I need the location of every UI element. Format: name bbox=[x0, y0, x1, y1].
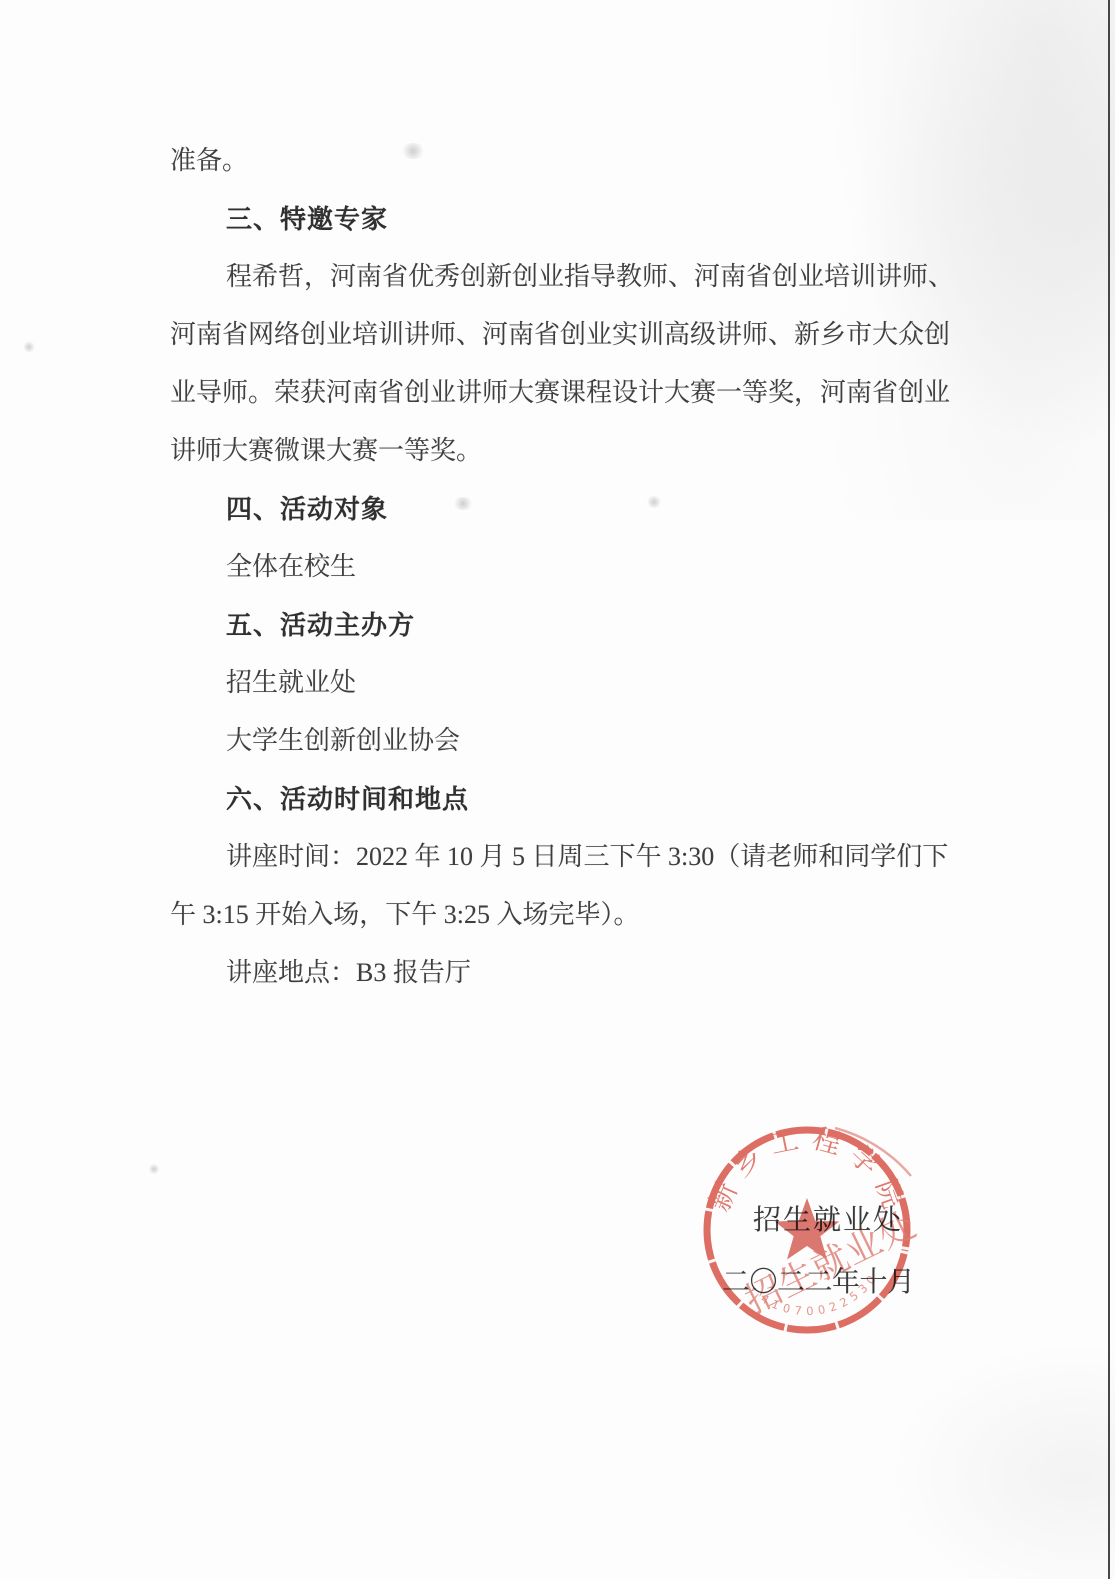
page-edge-line bbox=[1108, 0, 1110, 1579]
section-heading-5: 五、活动主办方 bbox=[170, 596, 960, 654]
section-heading-6: 六、活动时间和地点 bbox=[170, 770, 960, 828]
section-heading-3: 三、特邀专家 bbox=[170, 190, 960, 248]
scan-noise-bottom-right bbox=[855, 1319, 1115, 1579]
doc-line: 招生就业处 bbox=[170, 654, 960, 712]
doc-line: 讲座时间：2022 年 10 月 5 日周三下午 3:30（请老师和同学们下 bbox=[170, 828, 960, 886]
scan-artifact bbox=[24, 340, 34, 354]
doc-line: 河南省网络创业培训讲师、河南省创业实训高级讲师、新乡市大众创 bbox=[170, 306, 960, 364]
scan-artifact bbox=[148, 1164, 160, 1174]
section-heading-4: 四、活动对象 bbox=[170, 480, 960, 538]
doc-line: 全体在校生 bbox=[170, 538, 960, 596]
doc-line: 大学生创新创业协会 bbox=[170, 712, 960, 770]
doc-line: 程希哲，河南省优秀创新创业指导教师、河南省创业培训讲师、 bbox=[170, 248, 960, 306]
document-body: 准备。 三、特邀专家 程希哲，河南省优秀创新创业指导教师、河南省创业培训讲师、 … bbox=[170, 132, 960, 1002]
signature-date: 二〇二二年十月 bbox=[722, 1260, 915, 1300]
doc-line: 准备。 bbox=[170, 132, 960, 190]
doc-line: 业导师。荣获河南省创业讲师大赛课程设计大赛一等奖，河南省创业 bbox=[170, 364, 960, 422]
doc-line: 讲座地点：B3 报告厅 bbox=[170, 944, 960, 1002]
doc-line: 讲师大赛微课大赛一等奖。 bbox=[170, 422, 960, 480]
doc-line: 午 3:15 开始入场，下午 3:25 入场完毕）。 bbox=[170, 886, 960, 944]
signature-department: 招生就业处 bbox=[753, 1198, 903, 1238]
